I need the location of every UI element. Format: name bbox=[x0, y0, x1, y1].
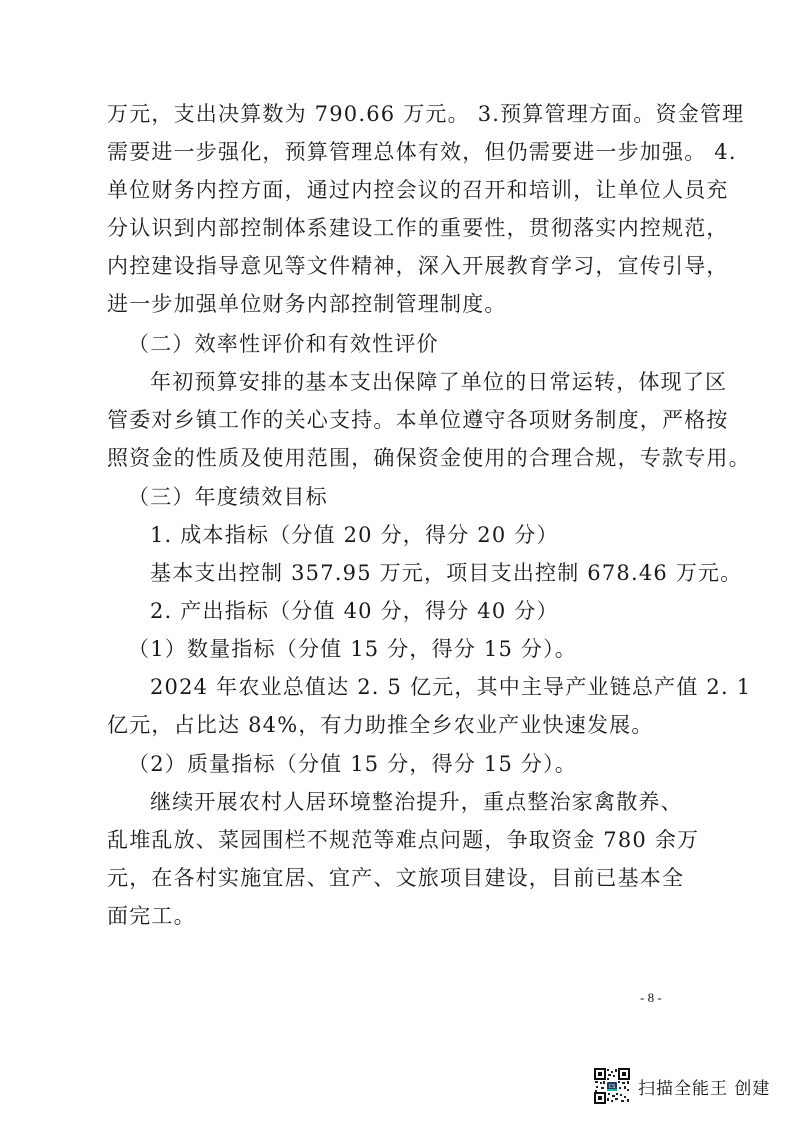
page-number: - 8 - bbox=[640, 990, 662, 1006]
text-line: 乱堆乱放、菜园围栏不规范等难点问题，争取资金 780 余万 bbox=[107, 821, 682, 859]
text-line: 亿元，占比达 84%，有力助推全乡农业产业快速发展。 bbox=[107, 706, 697, 744]
text-line: 照资金的性质及使用范围，确保资金使用的合理合规，专款专用。 bbox=[107, 439, 697, 477]
svg-text:CS: CS bbox=[609, 1084, 616, 1090]
qr-code-icon: CS bbox=[594, 1068, 630, 1104]
section-heading: （二）效率性评价和有效性评价 bbox=[128, 325, 718, 363]
text-line: 进一步加强单位财务内部控制管理制度。 bbox=[107, 285, 697, 323]
section-heading: （三）年度绩效目标 bbox=[128, 478, 718, 516]
text-line: 继续开展农村人居环境整治提升，重点整治家禽散养、 bbox=[150, 783, 680, 821]
text-line: 分认识到内部控制体系建设工作的重要性，贯彻落实内控规范， bbox=[107, 209, 697, 247]
text-line: 单位财务内控方面，通过内控会议的召开和培训，让单位人员充 bbox=[107, 171, 697, 209]
section-heading: （1）数量指标（分值 15 分，得分 15 分）。 bbox=[128, 630, 718, 668]
section-heading: （2）质量指标（分值 15 分，得分 15 分）。 bbox=[128, 745, 718, 783]
scanner-watermark: CS 扫描全能王 创建 bbox=[594, 1068, 770, 1104]
text-line: 管委对乡镇工作的关心支持。本单位遵守各项财务制度，严格按 bbox=[107, 401, 697, 439]
text-line: 面完工。 bbox=[107, 897, 697, 935]
text-line: 2024 年农业总值达 2. 5 亿元，其中主导产业链总产值 2. 1 bbox=[150, 668, 695, 706]
text-line: 年初预算安排的基本支出保障了单位的日常运转，体现了区 bbox=[150, 363, 697, 401]
text-line: 万元，支出决算数为 790.66 万元。 3.预算管理方面。资金管理 bbox=[107, 95, 697, 133]
text-line: 元，在各村实施宜居、宜产、文旅项目建设，目前已基本全 bbox=[107, 859, 682, 897]
text-line: 内控建设指导意见等文件精神，深入开展教育学习，宣传引导， bbox=[107, 247, 697, 285]
text-line: 1. 成本指标（分值 20 分，得分 20 分） bbox=[150, 516, 740, 554]
brand-label: 扫描全能王 创建 bbox=[638, 1074, 770, 1099]
text-line: 需要进一步强化，预算管理总体有效，但仍需要进一步加强。 4. bbox=[107, 133, 697, 171]
text-line: 2. 产出指标（分值 40 分，得分 40 分） bbox=[150, 592, 740, 630]
document-page: 万元，支出决算数为 790.66 万元。 3.预算管理方面。资金管理 需要进一步… bbox=[0, 0, 793, 1122]
text-line: 基本支出控制 357.95 万元，项目支出控制 678.46 万元。 bbox=[150, 554, 740, 592]
